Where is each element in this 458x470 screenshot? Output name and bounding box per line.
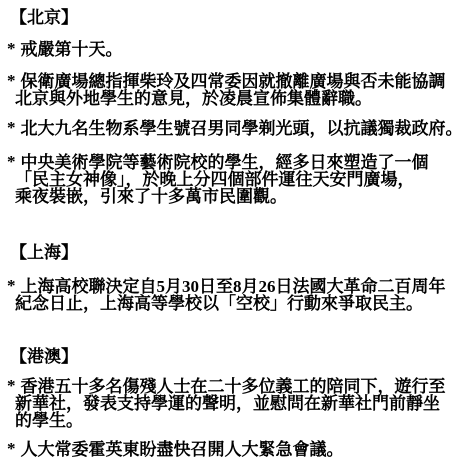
- news-line: 新華社，發表支持學運的聲明，並慰問在新華社門前靜坐: [7, 395, 458, 412]
- bullet-marker: *: [7, 277, 16, 294]
- news-text: 北大九名生物系學生號召男同學剃光頭，以抗議獨裁政府。: [21, 119, 458, 138]
- news-item: *戒嚴第十天。: [7, 41, 458, 58]
- news-line: *人大常委霍英東盼盡快召開人大緊急會議。: [7, 441, 458, 458]
- news-line: *北大九名生物系學生號召男同學剃光頭，以抗議獨裁政府。: [7, 120, 458, 137]
- news-line: *戒嚴第十天。: [7, 41, 458, 58]
- section-header-hongkong-macau: 【港澳】: [10, 348, 458, 365]
- bullet-marker: *: [7, 119, 16, 136]
- news-text: 人大常委霍英東盼盡快召開人大緊急會議。: [21, 440, 344, 459]
- news-item: *人大常委霍英東盼盡快召開人大緊急會議。: [7, 441, 458, 458]
- section-hongkong-macau: 【港澳】 *香港五十多名傷殘人士在二十多位義工的陪同下，遊行至 新華社，發表支持…: [7, 348, 458, 458]
- bullet-marker: *: [7, 377, 16, 394]
- bullet-marker: *: [7, 153, 16, 170]
- bullet-marker: *: [7, 440, 16, 457]
- news-line: *保衛廣場總指揮柴玲及四常委因就撤離廣場與否未能協調: [7, 73, 458, 90]
- news-line: 紀念日止，上海高等學校以「空校」行動來爭取民主。: [7, 295, 458, 312]
- news-item: *中央美術學院等藝術院校的學生，經多日來塑造了一個 「民主女神像」，於晚上分四個…: [7, 154, 458, 205]
- section-header-beijing: 【北京】: [10, 9, 458, 26]
- section-shanghai: 【上海】 *上海高校聯決定自5月30日至8月26日法國大革命二百周年 紀念日止，…: [7, 244, 458, 312]
- news-line: 的學生。: [7, 412, 458, 429]
- news-item: *保衛廣場總指揮柴玲及四常委因就撤離廣場與否未能協調 北京與外地學生的意見，於凌…: [7, 73, 458, 107]
- bullet-marker: *: [7, 72, 16, 89]
- news-line: 北京與外地學生的意見，於凌晨宣佈集體辭職。: [7, 90, 458, 107]
- news-line: *上海高校聯決定自5月30日至8月26日法國大革命二百周年: [7, 278, 458, 295]
- news-line: 乘夜裝嵌，引來了十多萬市民圍觀。: [7, 188, 458, 205]
- news-line: 「民主女神像」，於晚上分四個部件運往天安門廣場，: [7, 171, 458, 188]
- news-item: *香港五十多名傷殘人士在二十多位義工的陪同下，遊行至 新華社，發表支持學運的聲明…: [7, 378, 458, 429]
- section-beijing: 【北京】 *戒嚴第十天。 *保衛廣場總指揮柴玲及四常委因就撤離廣場與否未能協調 …: [7, 9, 458, 205]
- news-text: 戒嚴第十天。: [21, 40, 123, 59]
- section-header-shanghai: 【上海】: [10, 244, 458, 261]
- news-line: *香港五十多名傷殘人士在二十多位義工的陪同下，遊行至: [7, 378, 458, 395]
- bullet-marker: *: [7, 40, 16, 57]
- news-item: *上海高校聯決定自5月30日至8月26日法國大革命二百周年 紀念日止，上海高等學…: [7, 278, 458, 312]
- news-item: *北大九名生物系學生號召男同學剃光頭，以抗議獨裁政府。: [7, 120, 458, 137]
- news-line: *中央美術學院等藝術院校的學生，經多日來塑造了一個: [7, 154, 458, 171]
- document-page: 【北京】 *戒嚴第十天。 *保衛廣場總指揮柴玲及四常委因就撤離廣場與否未能協調 …: [0, 0, 458, 470]
